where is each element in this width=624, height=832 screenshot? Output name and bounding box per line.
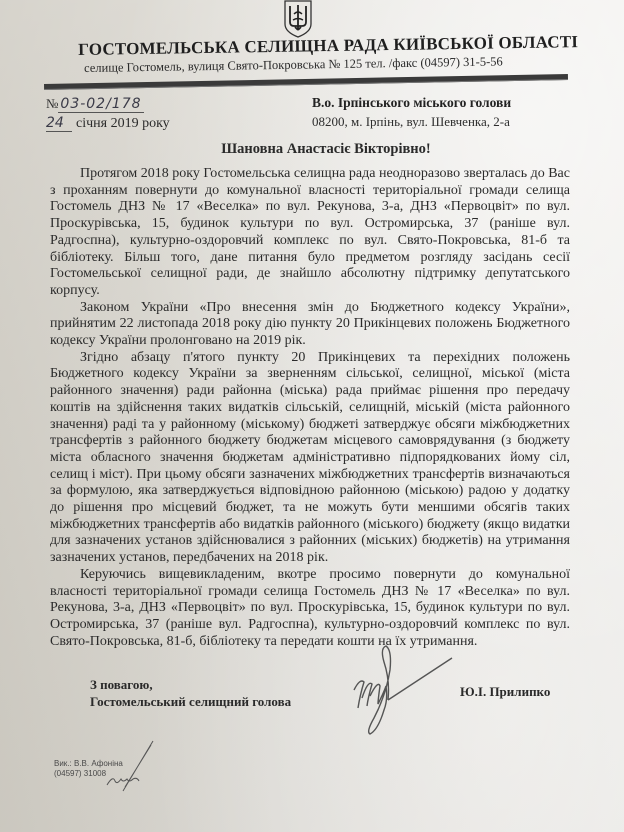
date-text: січня 2019 року bbox=[76, 116, 170, 131]
closing-regards: З повагою, bbox=[90, 676, 291, 693]
reference-number: №03-02/178 bbox=[46, 96, 144, 113]
signer-position: Гостомельський селищний голова bbox=[90, 693, 291, 710]
salutation: Шановна Анастасіє Вікторівно! bbox=[0, 141, 624, 158]
closing-block: З повагою, Гостомельський селищний голов… bbox=[90, 676, 291, 710]
signer-name: Ю.І. Прилипко bbox=[460, 684, 550, 700]
handwritten-number: 03-02/178 bbox=[58, 96, 143, 113]
header-divider bbox=[44, 74, 568, 90]
handwritten-signature-icon bbox=[340, 640, 460, 740]
letter-date: 24січня 2019 року bbox=[46, 115, 170, 132]
body-paragraph: Законом України «Про внесення змін до Бю… bbox=[50, 300, 570, 350]
trident-coat-of-arms-icon bbox=[282, 0, 314, 38]
letter-page: ГОСТОМЕЛЬСЬКА СЕЛИЩНА РАДА КИЇВСЬКОЇ ОБЛ… bbox=[0, 0, 624, 832]
executor-signature-icon bbox=[105, 735, 175, 795]
letter-body: Протягом 2018 року Гостомельська селищна… bbox=[50, 166, 570, 650]
body-paragraph: Згідно абзацу п'ятого пункту 20 Прикінце… bbox=[50, 350, 570, 567]
body-paragraph: Протягом 2018 року Гостомельська селищна… bbox=[50, 166, 570, 300]
addressee-block: В.о. Ірпінського міського голови 08200, … bbox=[312, 95, 511, 130]
number-label: № bbox=[46, 96, 58, 111]
body-paragraph: Керуючись вищевикладеним, вкотре просимо… bbox=[50, 567, 570, 651]
addressee-address: 08200, м. Ірпінь, вул. Шевченка, 2-а bbox=[312, 114, 511, 130]
addressee-title: В.о. Ірпінського міського голови bbox=[312, 95, 511, 111]
handwritten-day: 24 bbox=[46, 115, 72, 132]
